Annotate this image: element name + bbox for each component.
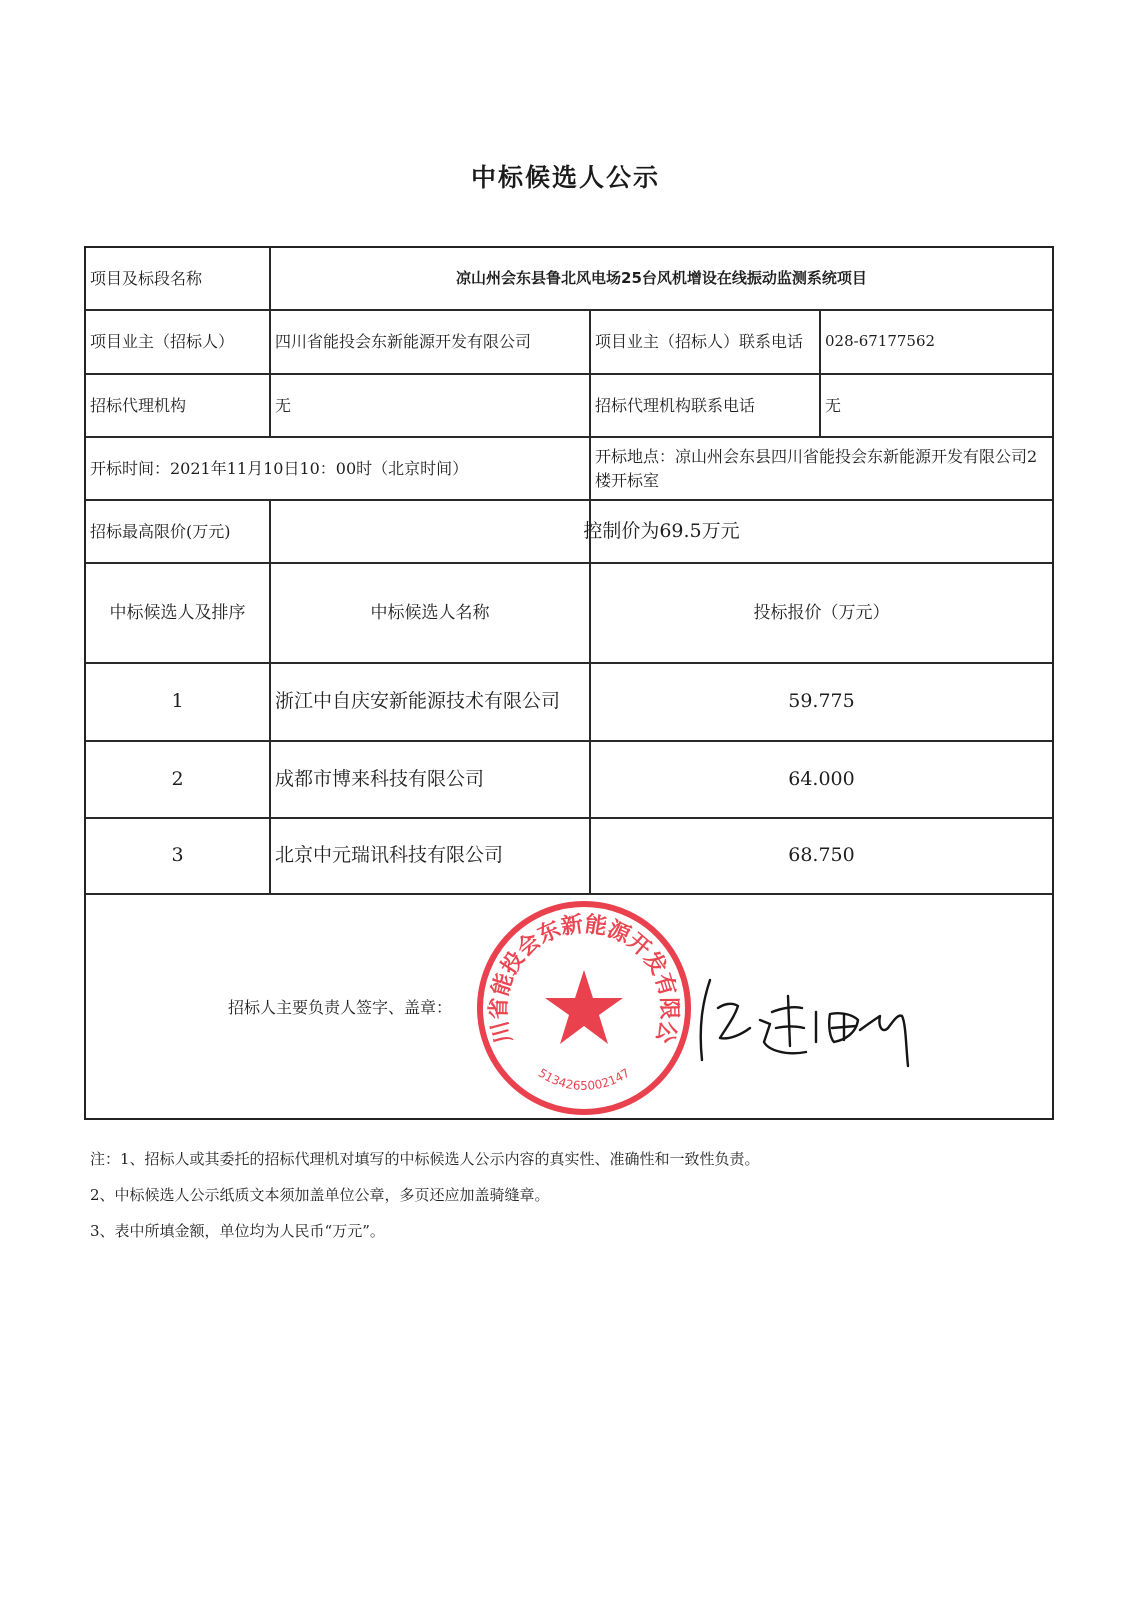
owner-value: 四川省能投会东新能源开发有限公司 [271, 311, 589, 373]
header-name: 中标候选人名称 [271, 564, 589, 662]
seal-number: 5134265002147 [536, 1066, 633, 1093]
candidate-rank: 2 [86, 742, 269, 817]
candidate-name: 北京中元瑞讯科技有限公司 [271, 819, 589, 893]
opening-place: 开标地点：凉山州会东县四川省能投会东新能源开发有限公司2楼开标室 [591, 438, 1052, 499]
candidate-price: 64.000 [591, 742, 1052, 817]
max-price-value: 控制价为69.5万元 [271, 501, 1052, 562]
candidate-rank: 3 [86, 819, 269, 893]
document-title: 中标候选人公示 [0, 158, 1131, 194]
max-price-label: 招标最高限价(万元) [86, 501, 269, 562]
agency-label: 招标代理机构 [86, 375, 269, 436]
candidate-price: 68.750 [591, 819, 1052, 893]
candidate-price: 59.775 [591, 664, 1052, 740]
owner-phone-label: 项目业主（招标人）联系电话 [591, 311, 819, 373]
handwritten-signature-icon [694, 968, 924, 1078]
note-2: 2、中标候选人公示纸质文本须加盖单位公章，多页还应加盖骑缝章。 [90, 1184, 550, 1205]
signature-label: 招标人主要负责人签字、盖章： [224, 988, 484, 1028]
candidate-rank: 1 [86, 664, 269, 740]
header-rank: 中标候选人及排序 [86, 564, 269, 662]
owner-phone-value: 028-67177562 [821, 311, 1052, 373]
opening-time: 开标时间：2021年11月10日10：00时（北京时间） [86, 438, 589, 499]
agency-phone-value: 无 [821, 375, 1052, 436]
candidate-name: 浙江中自庆安新能源技术有限公司 [271, 664, 589, 740]
company-seal-icon: 四川省能投会东新能源开发有限公司 5134265002147 [474, 898, 694, 1118]
agency-phone-label: 招标代理机构联系电话 [591, 375, 819, 436]
header-price: 投标报价（万元） [591, 564, 1052, 662]
note-1: 注：1、招标人或其委托的招标代理机对填写的中标候选人公示内容的真实性、准确性和一… [90, 1148, 760, 1169]
project-name: 凉山州会东县鲁北风电场25台风机增设在线振动监测系统项目 [271, 248, 1052, 309]
row-divider [86, 893, 1052, 895]
note-3: 3、表中所填金额，单位均为人民币“万元”。 [90, 1220, 385, 1241]
svg-text:5134265002147: 5134265002147 [536, 1066, 633, 1093]
owner-label: 项目业主（招标人） [86, 311, 269, 373]
candidate-name: 成都市博来科技有限公司 [271, 742, 589, 817]
agency-value: 无 [271, 375, 589, 436]
project-label: 项目及标段名称 [86, 248, 269, 309]
